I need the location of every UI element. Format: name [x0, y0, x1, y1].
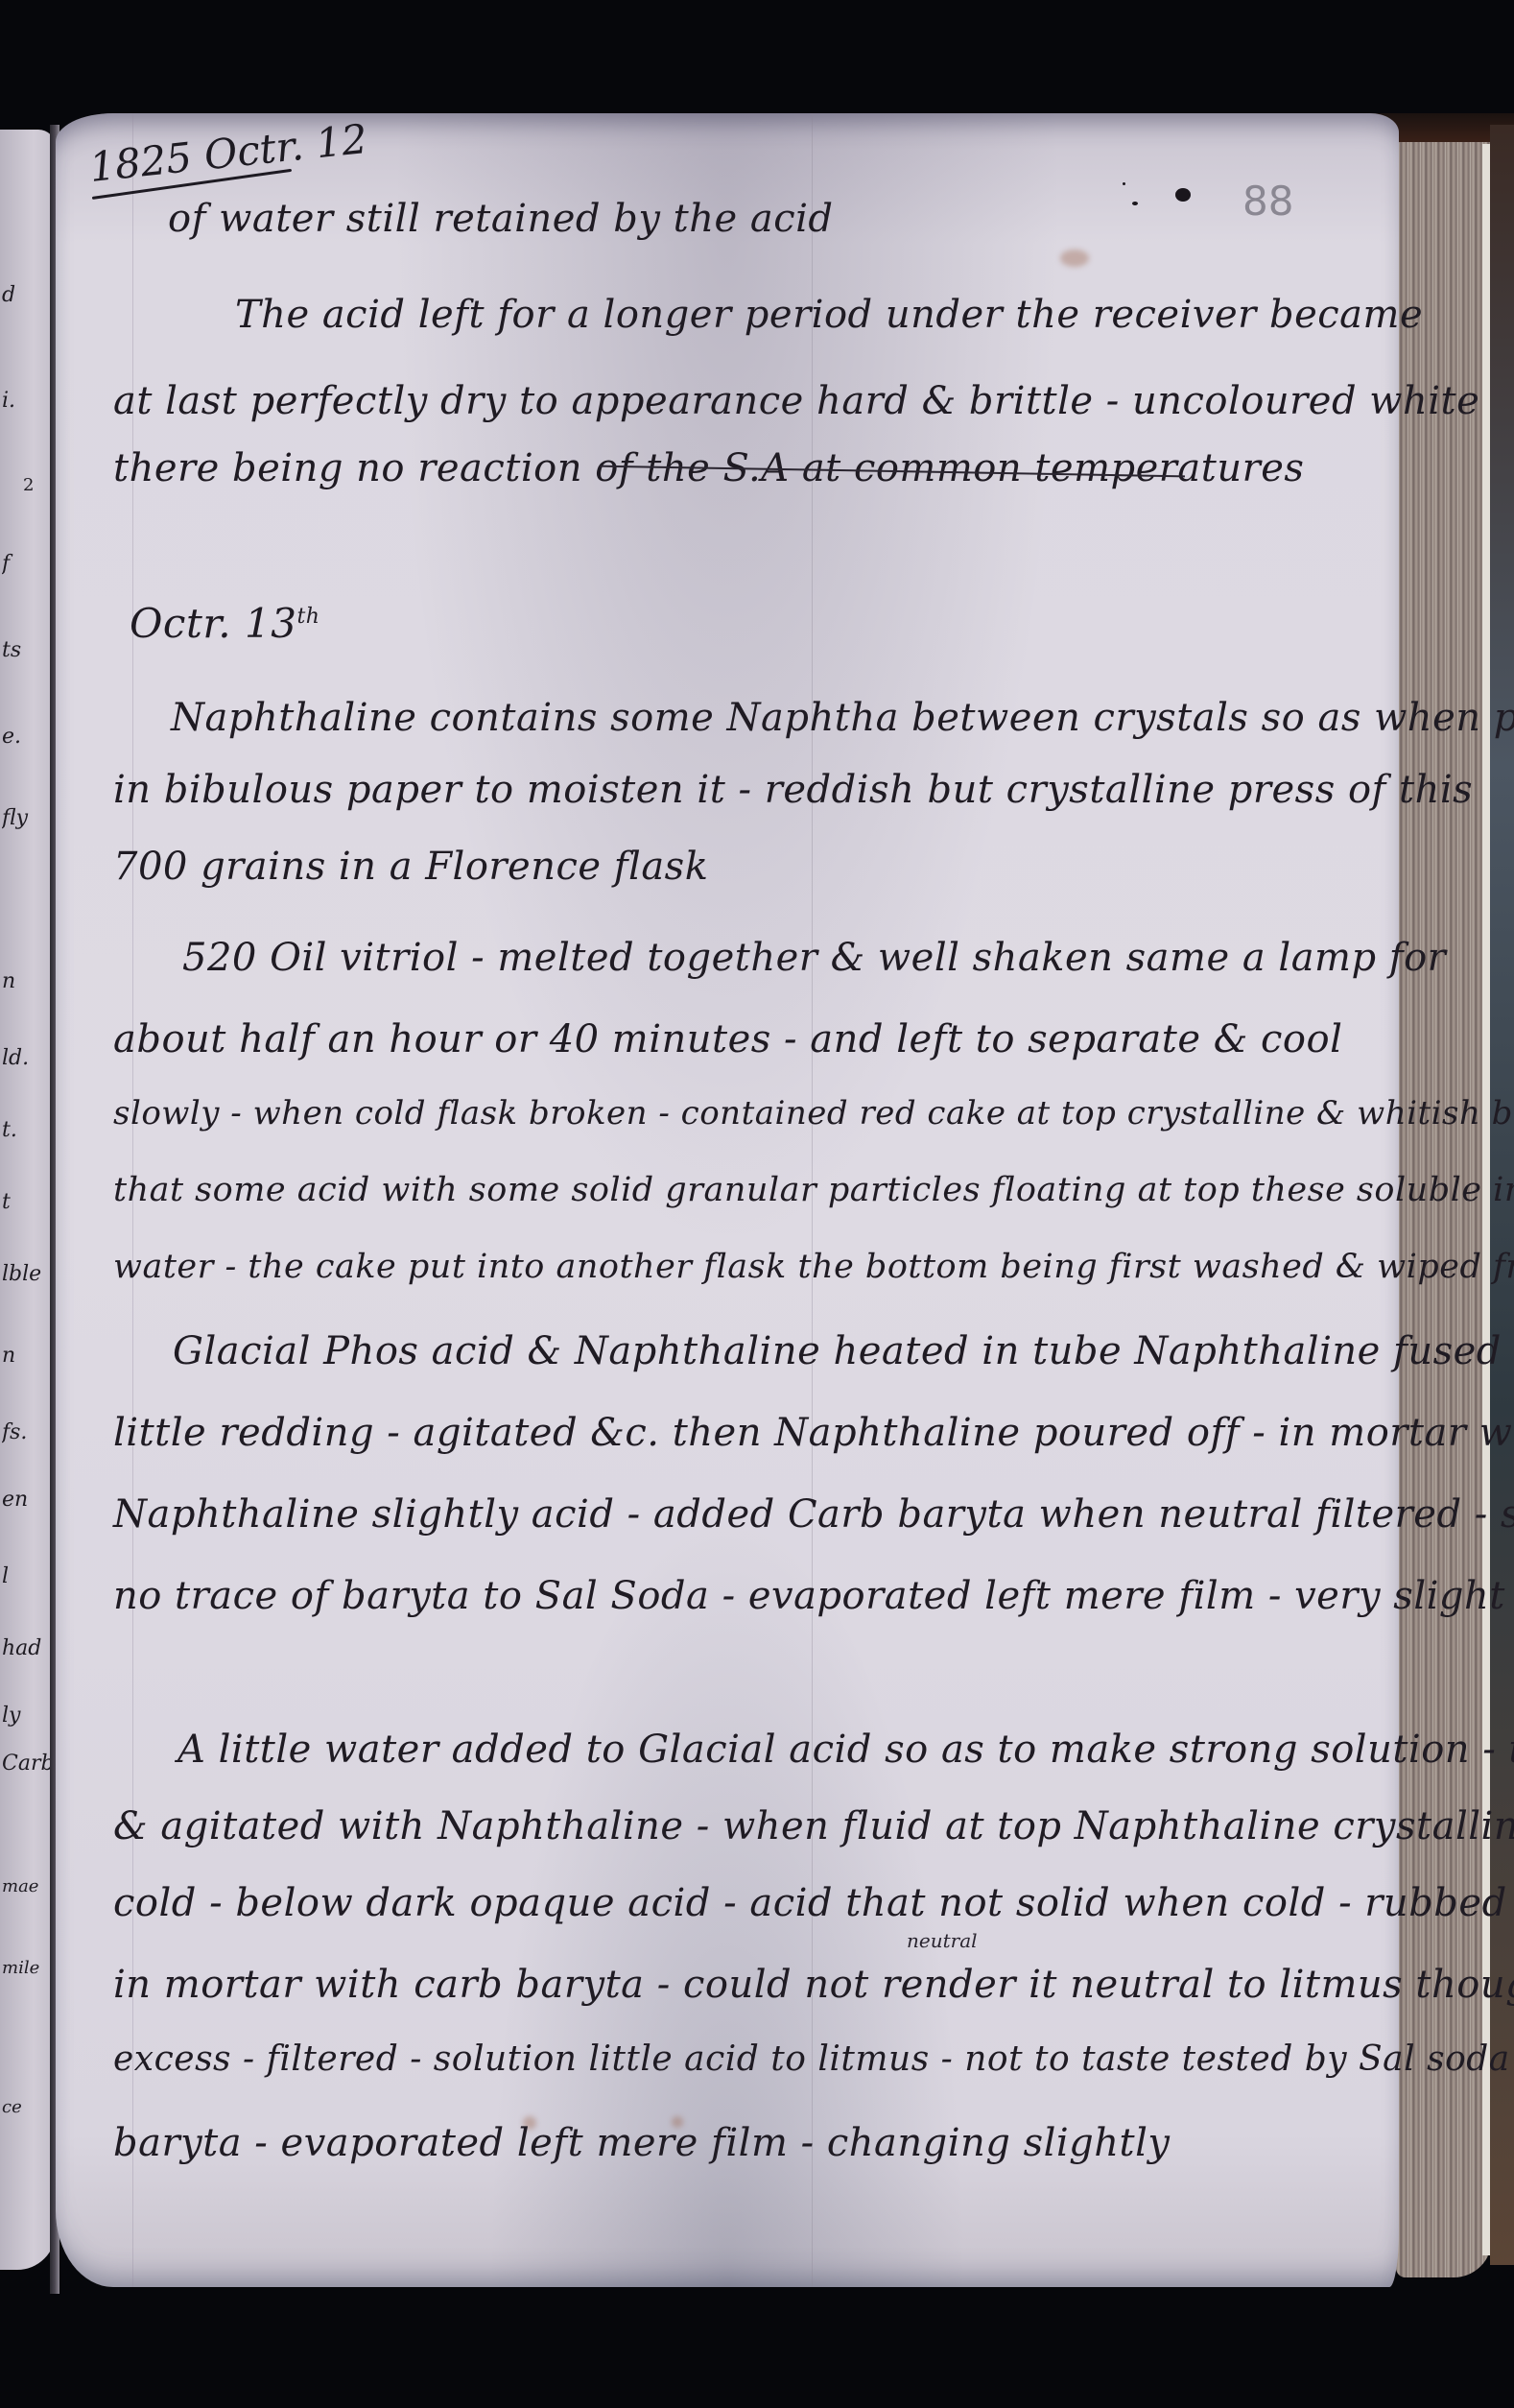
entry-date-heading: Octr. 13th — [130, 600, 319, 647]
left-fragment: e. — [2, 725, 54, 749]
text-line: about half an hour or 40 minutes - and l… — [113, 1017, 1342, 1061]
text-line: Glacial Phos acid & Naphthaline heated i… — [173, 1329, 1514, 1373]
text-line: in bibulous paper to moisten it - reddis… — [113, 768, 1473, 812]
text-line: water - the cake put into another flask … — [113, 1248, 1514, 1286]
left-fragment: fs. — [2, 1420, 54, 1444]
left-facing-page: d i. 2 f ts e. fly n ld. t. t lble n fs.… — [0, 130, 56, 2270]
text-line: at last perfectly dry to appearance hard… — [113, 379, 1479, 423]
left-fragment: fly — [2, 806, 54, 830]
folio-number: 88 — [1242, 178, 1293, 225]
left-fragment: i. — [2, 389, 54, 413]
text-line: & agitated with Naphthaline - when fluid… — [113, 1804, 1514, 1848]
ink-blot — [1132, 202, 1138, 205]
text-line: little redding - agitated &c. then Napht… — [113, 1411, 1514, 1455]
text-line: A little water added to Glacial acid so … — [177, 1728, 1514, 1772]
left-fragment: ld. — [2, 1046, 54, 1070]
text-line: of water still retained by the acid — [168, 197, 834, 241]
left-fragment: lble — [2, 1262, 54, 1286]
left-fragment: l — [2, 1564, 54, 1588]
text-line: Naphthaline slightly acid - added Carb b… — [113, 1492, 1514, 1537]
text-line: that some acid with some solid granular … — [113, 1171, 1514, 1209]
text-line: slowly - when cold flask broken - contai… — [113, 1094, 1514, 1132]
text-line: baryta - evaporated left mere film - cha… — [113, 2121, 1171, 2165]
left-fragment: ly — [2, 1704, 54, 1728]
page-fore-edge — [1396, 142, 1492, 2277]
left-fragment: mae — [2, 1876, 54, 1896]
ink-blot — [1175, 188, 1191, 202]
ink-blot — [1123, 182, 1125, 185]
left-fragment: ce — [2, 2097, 54, 2117]
text-line: excess - filtered - solution little acid… — [113, 2039, 1514, 2079]
left-fragment: n — [2, 1344, 54, 1368]
text-line: no trace of baryta to Sal Soda - evapora… — [113, 1574, 1514, 1618]
left-fragment: en — [2, 1488, 54, 1512]
text-line: 520 Oil vitriol - melted together & well… — [182, 936, 1446, 980]
left-fragment: ts — [2, 638, 54, 662]
left-fragment: f — [2, 552, 54, 576]
left-fragment: Carb — [2, 1752, 54, 1776]
left-fragment: d — [2, 283, 54, 307]
date-suffix: th — [296, 605, 319, 629]
text-line: 700 grains in a Florence flask — [113, 845, 708, 889]
left-fragment: t — [2, 1190, 54, 1214]
entry-date: Octr. 13 — [130, 600, 296, 647]
left-fragment: had — [2, 1636, 54, 1660]
stain — [1060, 250, 1089, 267]
text-line: Naphthaline contains some Naphtha betwee… — [171, 696, 1514, 740]
text-line: in mortar with carb baryta - could not r… — [113, 1963, 1514, 2007]
left-fragment: n — [2, 969, 54, 993]
interlinear-insertion: neutral — [907, 1929, 978, 1952]
text-line: cold - below dark opaque acid - acid tha… — [113, 1881, 1514, 1925]
text-line: The acid left for a longer period under … — [235, 293, 1423, 337]
left-fragment: t. — [2, 1118, 54, 1142]
left-fragment: mile — [2, 1958, 54, 1978]
